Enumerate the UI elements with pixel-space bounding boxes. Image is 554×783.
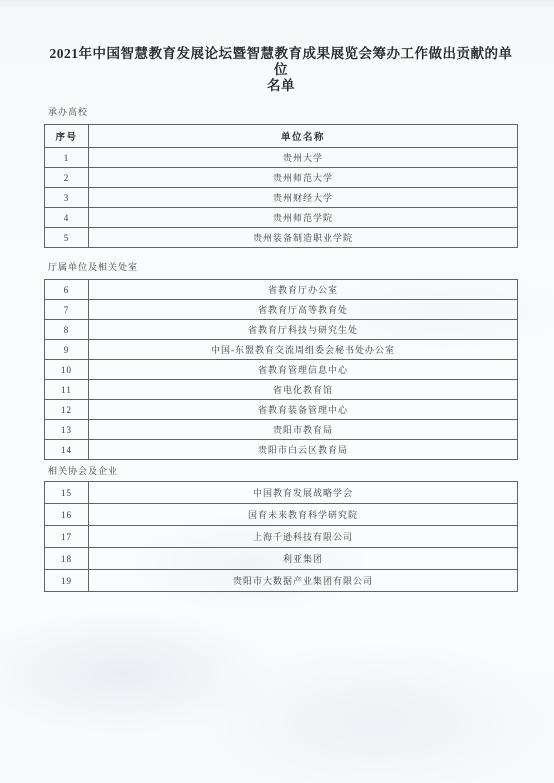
units-table-2: 15中国教育发展战略学会16国育未来教育科学研究院17上海千逊科技有限公司18利… (44, 481, 518, 592)
unit-name: 利亚集团 (89, 548, 518, 570)
row-number: 14 (45, 440, 89, 460)
table-row: 13贵阳市教育局 (45, 420, 518, 440)
table-row: 19贵阳市大数据产业集团有限公司 (45, 570, 518, 592)
table-row: 6省教育厅办公室 (45, 280, 518, 300)
table-row: 5贵州装备制造职业学院 (45, 228, 518, 248)
row-number: 10 (45, 360, 89, 380)
row-number: 6 (45, 280, 89, 300)
table-row: 14贵阳市白云区教育局 (45, 440, 518, 460)
unit-name: 贵州大学 (89, 148, 518, 168)
unit-name: 上海千逊科技有限公司 (89, 526, 518, 548)
unit-name: 贵州财经大学 (89, 188, 518, 208)
row-number: 18 (45, 548, 89, 570)
unit-name: 省教育厅办公室 (89, 280, 518, 300)
row-number: 7 (45, 300, 89, 320)
row-number: 15 (45, 482, 89, 504)
row-number: 4 (45, 208, 89, 228)
table-row: 2贵州师范大学 (45, 168, 518, 188)
section-0: 承办高校序号单位名称1贵州大学2贵州师范大学3贵州财经大学4贵州师范学院5贵州装… (44, 105, 518, 248)
scanned-document-page: 2021年中国智慧教育发展论坛暨智慧教育成果展览会筹办工作做出贡献的单位 名单 … (0, 0, 554, 783)
section-label: 厅属单位及相关处室 (44, 260, 518, 273)
unit-name: 省教育厅科技与研究生处 (89, 320, 518, 340)
unit-name: 贵阳市教育局 (89, 420, 518, 440)
row-number: 1 (45, 148, 89, 168)
units-table-0: 序号单位名称1贵州大学2贵州师范大学3贵州财经大学4贵州师范学院5贵州装备制造职… (44, 124, 518, 248)
table-header-row: 序号单位名称 (45, 125, 518, 148)
unit-name: 省教育装备管理中心 (89, 400, 518, 420)
table-row: 3贵州财经大学 (45, 188, 518, 208)
section-1: 厅属单位及相关处室6省教育厅办公室7省教育厅高等教育处8省教育厅科技与研究生处9… (44, 260, 518, 460)
table-row: 1贵州大学 (45, 148, 518, 168)
table-row: 12省教育装备管理中心 (45, 400, 518, 420)
unit-name: 贵州师范学院 (89, 208, 518, 228)
unit-name: 省教育管理信息中心 (89, 360, 518, 380)
section-label: 承办高校 (44, 105, 518, 118)
table-row: 18利亚集团 (45, 548, 518, 570)
table-row: 16国育未来教育科学研究院 (45, 504, 518, 526)
unit-name: 省电化教育馆 (89, 380, 518, 400)
unit-name: 省教育厅高等教育处 (89, 300, 518, 320)
table-row: 17上海千逊科技有限公司 (45, 526, 518, 548)
unit-name: 贵州师范大学 (89, 168, 518, 188)
unit-name: 国育未来教育科学研究院 (89, 504, 518, 526)
row-number: 8 (45, 320, 89, 340)
row-number: 2 (45, 168, 89, 188)
row-number: 19 (45, 570, 89, 592)
unit-name: 中国-东盟教育交流周组委会秘书处办公室 (89, 340, 518, 360)
table-row: 10省教育管理信息中心 (45, 360, 518, 380)
header-col-no: 序号 (45, 125, 89, 148)
table-row: 4贵州师范学院 (45, 208, 518, 228)
row-number: 17 (45, 526, 89, 548)
units-table-1: 6省教育厅办公室7省教育厅高等教育处8省教育厅科技与研究生处9中国-东盟教育交流… (44, 279, 518, 460)
unit-name: 贵阳市大数据产业集团有限公司 (89, 570, 518, 592)
table-row: 15中国教育发展战略学会 (45, 482, 518, 504)
row-number: 5 (45, 228, 89, 248)
unit-name: 贵州装备制造职业学院 (89, 228, 518, 248)
row-number: 12 (45, 400, 89, 420)
section-label: 相关协会及企业 (44, 464, 518, 477)
row-number: 9 (45, 340, 89, 360)
sections-container: 承办高校序号单位名称1贵州大学2贵州师范大学3贵州财经大学4贵州师范学院5贵州装… (44, 105, 518, 592)
document-title-line2: 名单 (267, 78, 295, 93)
table-row: 11省电化教育馆 (45, 380, 518, 400)
row-number: 13 (45, 420, 89, 440)
section-2: 相关协会及企业15中国教育发展战略学会16国育未来教育科学研究院17上海千逊科技… (44, 464, 518, 592)
unit-name: 中国教育发展战略学会 (89, 482, 518, 504)
row-number: 11 (45, 380, 89, 400)
row-number: 16 (45, 504, 89, 526)
unit-name: 贵阳市白云区教育局 (89, 440, 518, 460)
document-title-line1: 2021年中国智慧教育发展论坛暨智慧教育成果展览会筹办工作做出贡献的单位 (50, 46, 513, 77)
document-title: 2021年中国智慧教育发展论坛暨智慧教育成果展览会筹办工作做出贡献的单位 名单 (44, 46, 518, 94)
table-row: 8省教育厅科技与研究生处 (45, 320, 518, 340)
table-row: 9中国-东盟教育交流周组委会秘书处办公室 (45, 340, 518, 360)
header-col-name: 单位名称 (89, 125, 518, 148)
row-number: 3 (45, 188, 89, 208)
table-row: 7省教育厅高等教育处 (45, 300, 518, 320)
